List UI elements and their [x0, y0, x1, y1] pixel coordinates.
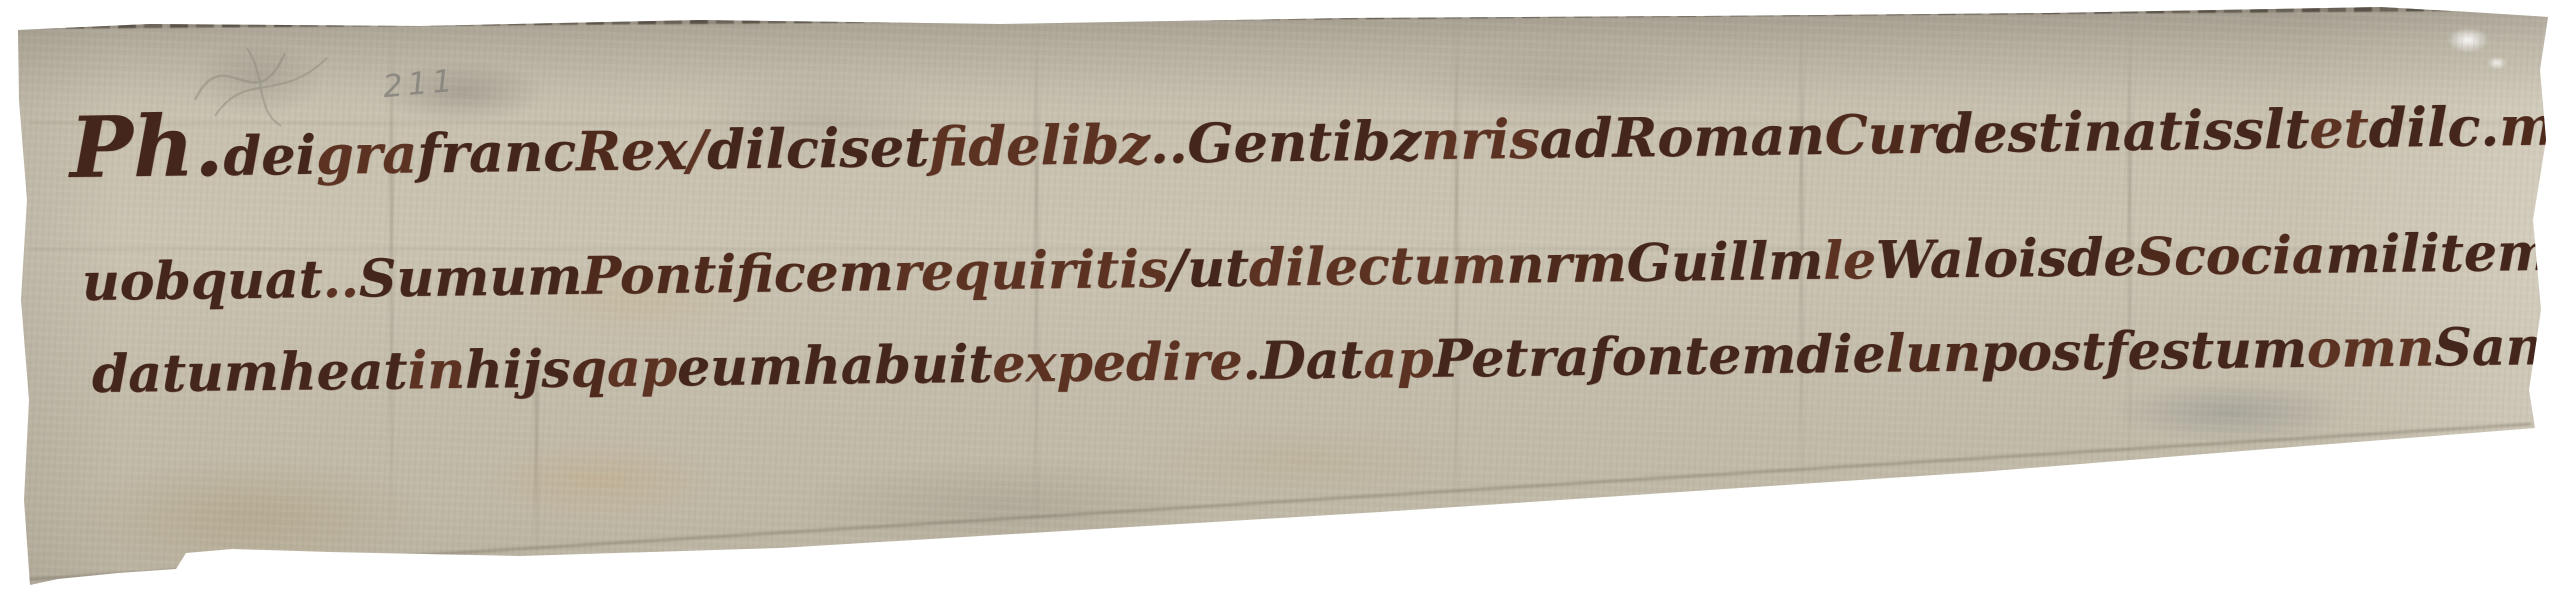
manuscript-word: hijs: [465, 339, 571, 401]
manuscript-word: mandamz: [2499, 90, 2560, 158]
manuscript-word: heat: [279, 340, 408, 402]
manuscript-word: ap: [1363, 329, 1434, 391]
parchment-top-edge: [14, 1, 2550, 29]
manuscript-word: requiritis: [893, 239, 1168, 303]
manuscript-word: Scocia: [2136, 225, 2326, 288]
manuscript-word: slt: [2233, 97, 2310, 162]
manuscript-word: destinatis: [1935, 98, 2234, 166]
manuscript-word: gra: [316, 121, 418, 186]
manuscript-word: Petrafontem: [1433, 325, 1797, 390]
manuscript-word: dilectum: [1249, 235, 1507, 299]
manuscript-word: uob: [82, 251, 192, 313]
manuscript-word: /: [1168, 238, 1188, 299]
manuscript-line-3: datumheatinhijsqapeumhabuitexpedire.Data…: [92, 317, 2459, 405]
manuscript-word: dei: [223, 123, 316, 188]
manuscript-word: Roman: [1612, 103, 1825, 170]
manuscript-word: Dat: [1260, 330, 1363, 392]
manuscript-word: habuit: [803, 334, 993, 397]
manuscript-word: ..: [322, 249, 359, 310]
manuscript-word: nrm: [1506, 233, 1627, 295]
manuscript-word: festum: [2105, 319, 2307, 382]
manuscript-word: q: [570, 338, 607, 399]
manuscript-word: de: [2067, 227, 2137, 289]
manuscript-word: militem: [2325, 222, 2552, 286]
manuscript-word: .: [1242, 331, 1261, 392]
manuscript-word: Sumum: [359, 246, 583, 310]
manuscript-word: Pontificem: [582, 242, 894, 307]
manuscript-word: et: [869, 115, 929, 180]
manuscript-word: omn: [2307, 317, 2435, 379]
manuscript-word: expedire: [992, 331, 1243, 395]
manuscript-word: lun: [1885, 323, 1981, 385]
manuscript-word: post: [1981, 321, 2106, 383]
manuscript-scan: 211 Ph.deigrafrancRex/dilcisetfidelibz..…: [0, 0, 2560, 598]
manuscript-word: Cur: [1824, 102, 1936, 167]
archival-number-pencil: 211: [382, 63, 459, 105]
manuscript-word: Sanctorum: [2434, 314, 2560, 379]
manuscript-word: dilcis: [707, 116, 870, 182]
manuscript-word: datum: [92, 342, 280, 405]
manuscript-line-2: uobquat..SumumPontificemrequiritis/utdil…: [82, 223, 2483, 313]
manuscript-word: Ph.: [70, 125, 224, 169]
manuscript-word: in: [407, 340, 465, 402]
parchment-bottom-edge: [26, 423, 2531, 581]
manuscript-word: ..: [1150, 111, 1188, 175]
manuscript-word: nris: [1421, 107, 1540, 173]
manuscript-word: ut: [1187, 238, 1250, 300]
manuscript-word: die: [1796, 324, 1886, 386]
manuscript-word: Guillm: [1626, 231, 1823, 294]
manuscript-word: recomen: [2552, 219, 2560, 283]
manuscript-word: ad: [1539, 106, 1613, 171]
manuscript-word: dilc.: [2368, 94, 2499, 160]
manuscript-word: ap: [607, 337, 678, 399]
manuscript-word: et: [2309, 96, 2369, 161]
parchment-sheet: 211 Ph.deigrafrancRex/dilcisetfidelibz..…: [0, 0, 2560, 598]
manuscript-word: franc: [417, 119, 577, 185]
manuscript-word: fidelibz: [929, 112, 1151, 179]
manuscript-word: Rex: [576, 118, 688, 183]
manuscript-word: /: [687, 118, 708, 182]
manuscript-word: Walois: [1876, 228, 2068, 291]
manuscript-word: quat: [190, 249, 323, 312]
manuscript-word: eum: [677, 336, 804, 398]
manuscript-word: Gentibz: [1187, 108, 1421, 175]
manuscript-word: le: [1823, 230, 1877, 292]
